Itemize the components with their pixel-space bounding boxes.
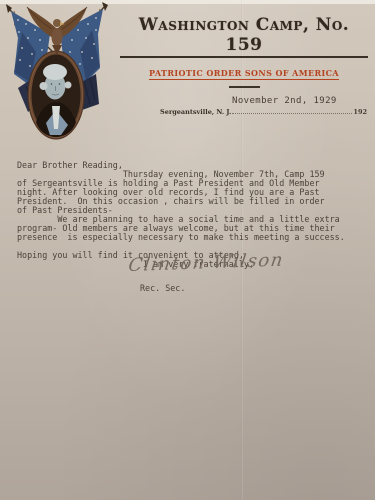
masthead: Washington Camp, No. 159 PATRIOTIC ORDER… [120,15,368,80]
washington-portrait [28,51,84,139]
org-title: Washington Camp, No. 159 [120,15,368,58]
letterhead-emblem [2,2,112,142]
letter-photo: Washington Camp, No. 159 PATRIOTIC ORDER… [0,0,375,500]
place-label: Sergeantsville, N. J. [160,108,231,116]
signer-title: Rec. Sec. [140,283,185,293]
dateline: November 2nd, 1929 Sergeantsville, N. J.… [160,98,367,116]
dateline-rule-row: Sergeantsville, N. J. 192 [160,104,367,116]
letter-body-line: presence is especially necessary to make… [17,233,345,242]
year-stub: 192 [353,108,367,116]
org-subtitle: PATRIOTIC ORDER SONS OF AMERICA [149,68,339,80]
date-rule [232,104,352,114]
masthead-divider [229,86,260,88]
